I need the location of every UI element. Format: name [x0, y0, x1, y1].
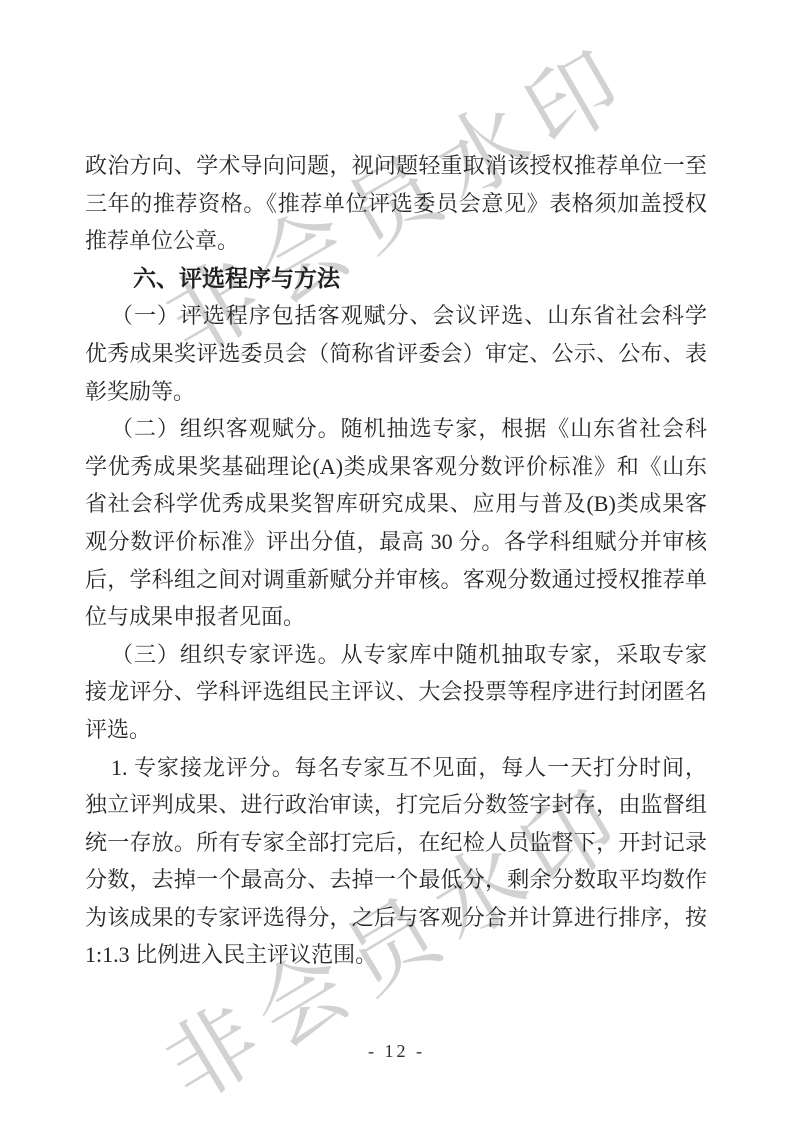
text-line: 彰奖励等。 — [85, 373, 707, 411]
text-line: 优秀成果奖评选委员会（简称省评委会）审定、公示、公布、表 — [85, 335, 707, 373]
text-line: 统一存放。所有专家全部打完后，在纪检人员监督下，开封记录 — [85, 824, 707, 862]
text-line: 1:1.3 比例进入民主评议范围。 — [85, 936, 707, 974]
text-line: 为该成果的专家评选得分，之后与客观分合并计算进行排序，按 — [85, 899, 707, 937]
page-number: - 12 - — [0, 1041, 793, 1062]
text-line: 位与成果申报者见面。 — [85, 598, 707, 636]
document-body: 政治方向、学术导向问题，视问题轻重取消该授权推荐单位一至 三年的推荐资格。《推荐… — [85, 147, 707, 974]
text-line: 政治方向、学术导向问题，视问题轻重取消该授权推荐单位一至 — [85, 147, 707, 185]
text-line: （二）组织客观赋分。随机抽选专家，根据《山东省社会科 — [85, 410, 707, 448]
text-line: 推荐单位公章。 — [85, 222, 707, 260]
text-line: 观分数评价标准》评出分值，最高 30 分。各学科组赋分并审核 — [85, 523, 707, 561]
text-line: 1. 专家接龙评分。每名专家互不见面，每人一天打分时间， — [85, 749, 707, 787]
section-heading: 六、评选程序与方法 — [85, 260, 707, 298]
text-line: 三年的推荐资格。《推荐单位评选委员会意见》表格须加盖授权 — [85, 185, 707, 223]
text-line: 学优秀成果奖基础理论(A)类成果客观分数评价标准》和《山东 — [85, 448, 707, 486]
text-line: （三）组织专家评选。从专家库中随机抽取专家，采取专家 — [85, 636, 707, 674]
text-line: （一）评选程序包括客观赋分、会议评选、山东省社会科学 — [85, 297, 707, 335]
text-line: 评选。 — [85, 711, 707, 749]
text-line: 省社会科学优秀成果奖智库研究成果、应用与普及(B)类成果客 — [85, 485, 707, 523]
text-line: 后，学科组之间对调重新赋分并审核。客观分数通过授权推荐单 — [85, 561, 707, 599]
text-line: 分数，去掉一个最高分、去掉一个最低分，剩余分数取平均数作 — [85, 861, 707, 899]
document-page: 非会员水印 非会员水印 政治方向、学术导向问题，视问题轻重取消该授权推荐单位一至… — [0, 0, 793, 1122]
text-line: 独立评判成果、进行政治审读，打完后分数签字封存，由监督组 — [85, 786, 707, 824]
text-line: 接龙评分、学科评选组民主评议、大会投票等程序进行封闭匿名 — [85, 673, 707, 711]
